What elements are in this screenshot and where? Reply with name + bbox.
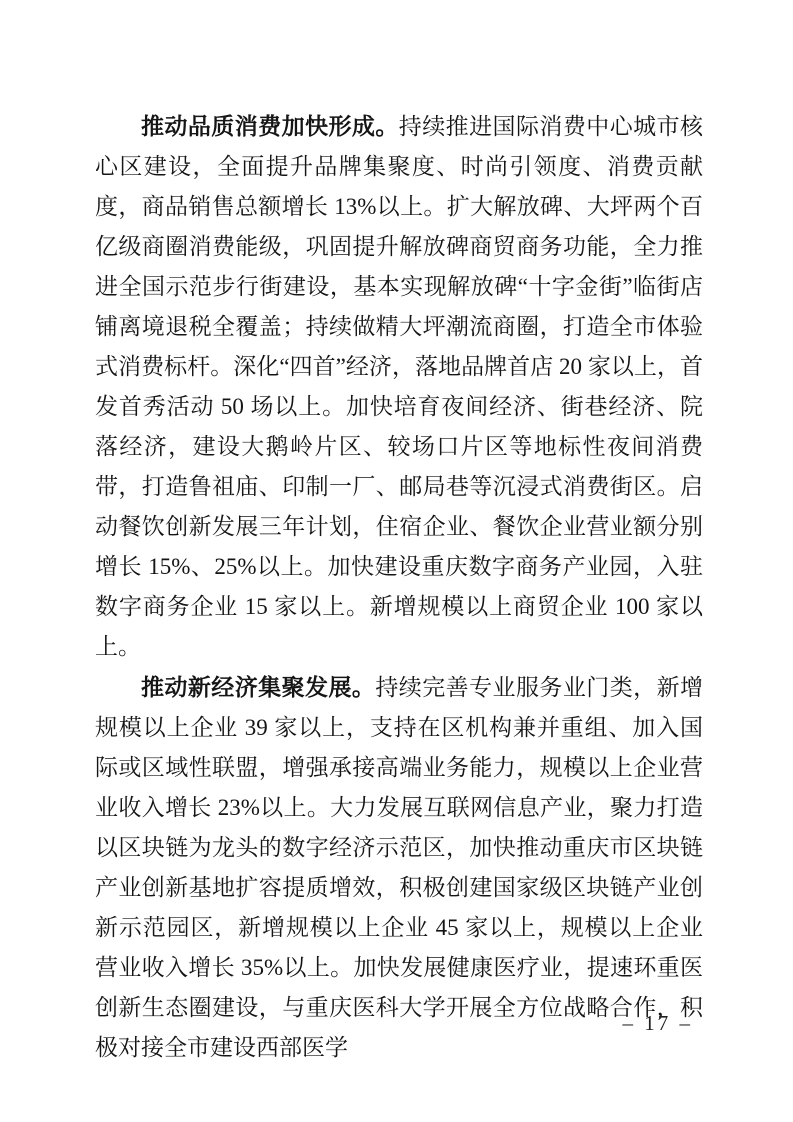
- paragraph-quality-consumption: 推动品质消费加快形成。持续推进国际消费中心城市核心区建设，全面提升品牌集聚度、时…: [95, 106, 703, 667]
- document-page: 推动品质消费加快形成。持续推进国际消费中心城市核心区建设，全面提升品牌集聚度、时…: [0, 0, 793, 1122]
- page-content: 推动品质消费加快形成。持续推进国际消费中心城市核心区建设，全面提升品牌集聚度、时…: [95, 106, 703, 1068]
- paragraph-quality-consumption-lead: 推动品质消费加快形成。: [141, 113, 399, 139]
- paragraph-new-economy-lead: 推动新经济集聚发展。: [141, 674, 375, 700]
- paragraph-quality-consumption-body: 持续推进国际消费中心城市核心区建设，全面提升品牌集聚度、时尚引领度、消费贡献度，…: [95, 114, 703, 659]
- paragraph-new-economy: 推动新经济集聚发展。持续完善专业服务业门类，新增规模以上企业 39 家以上，支持…: [95, 667, 703, 1068]
- page-number: – 17 –: [623, 1011, 694, 1036]
- paragraph-new-economy-body: 持续完善专业服务业门类，新增规模以上企业 39 家以上，支持在区机构兼并重组、加…: [95, 675, 703, 1060]
